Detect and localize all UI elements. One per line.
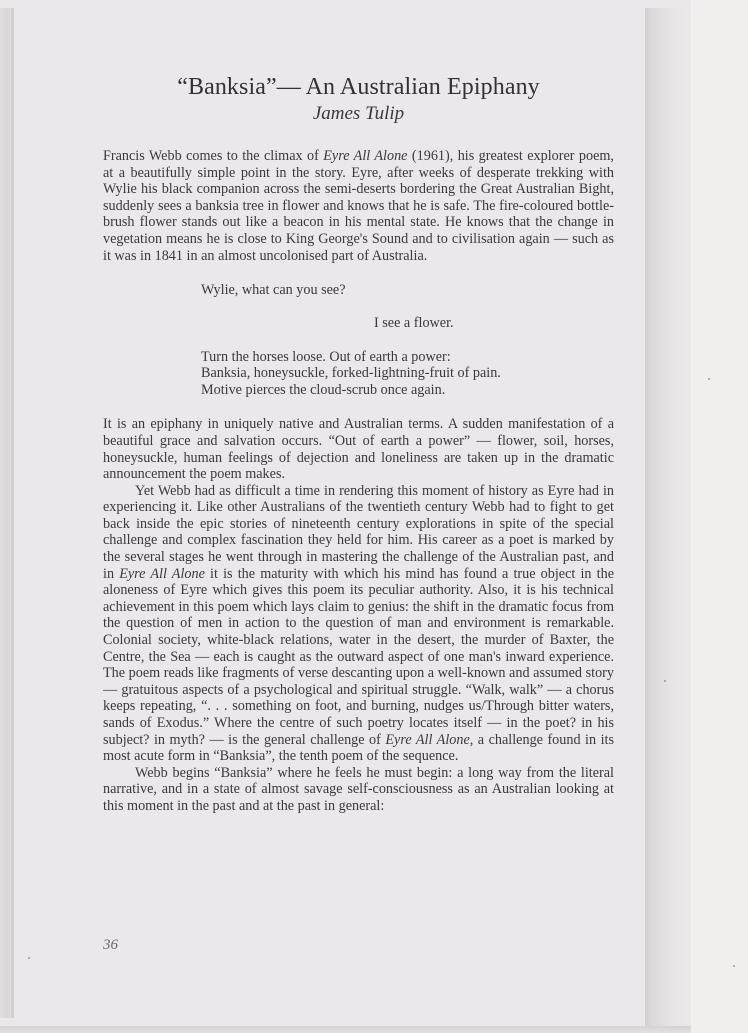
verse-line-2: I see a flower. [201, 315, 614, 332]
paragraph-difficulty: Yet Webb had as difficult a time in rend… [103, 483, 614, 765]
scan-left-edge-line [11, 8, 14, 1018]
scan-bottom-edge [0, 1026, 691, 1033]
article-page: “Banksia”— An Australian Epiphany James … [103, 72, 614, 815]
paragraph-intro: Francis Webb comes to the climax of Eyre… [103, 148, 614, 264]
paragraph-intro-lead: Francis Webb comes to the climax of [103, 148, 323, 164]
verse-line-3: Turn the horses loose. Out of earth a po… [201, 349, 614, 366]
article-title: “Banksia”— An Australian Epiphany [103, 72, 614, 102]
scan-speck [708, 378, 710, 380]
stanza-gap [201, 332, 614, 349]
verse-line-1: Wylie, what can you see? [201, 282, 614, 299]
paragraph-intro-rest: (1961), his greatest explorer poem, at a… [103, 148, 614, 264]
article-author: James Tulip [103, 102, 614, 126]
verse-line-4: Banksia, honeysuckle, forked-lightning-f… [201, 365, 614, 382]
paragraph-banksia-begins: Webb begins “Banksia” where he feels he … [103, 765, 614, 815]
scan-speck [664, 680, 666, 682]
verse-quotation: Wylie, what can you see? I see a flower.… [201, 282, 614, 398]
paragraph-epiphany: It is an epiphany in uniquely native and… [103, 416, 614, 482]
page-number: 36 [103, 937, 118, 954]
adjacent-sheet [691, 0, 748, 1033]
work-title: Eyre All Alone [119, 566, 205, 582]
work-title: Eyre All Alone [323, 148, 407, 164]
paragraph-difficulty-part-2: it is the maturity with which his mind h… [103, 566, 614, 748]
verse-line-5: Motive pierces the cloud-scrub once agai… [201, 382, 614, 399]
scan-speck [733, 965, 735, 967]
page-spine-shadow [645, 8, 691, 1028]
stanza-gap [201, 299, 614, 316]
work-title: Eyre All Alone, [385, 732, 473, 748]
scan-speck [28, 957, 30, 959]
